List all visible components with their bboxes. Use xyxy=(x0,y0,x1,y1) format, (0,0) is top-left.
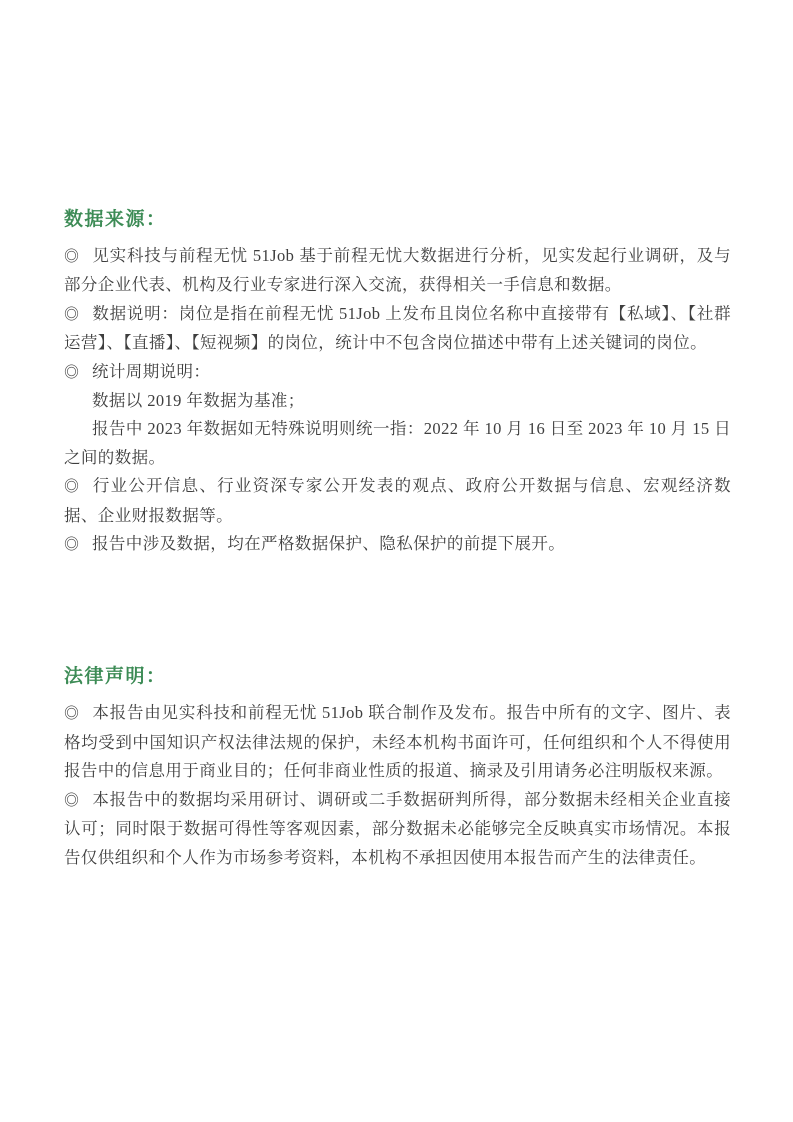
data-source-item: ◎行业公开信息、行业资深专家公开发表的观点、政府公开数据与信息、宏观经济数据、企… xyxy=(64,472,731,530)
data-source-subitem: 数据以 2019 年数据为基准； xyxy=(64,387,731,415)
data-source-item: ◎统计周期说明： xyxy=(64,358,731,387)
legal-section: 法律声明： ◎本报告由见实科技和前程无忧 51Job 联合制作及发布。报告中所有… xyxy=(64,663,731,871)
bullet-icon: ◎ xyxy=(64,243,92,271)
bullet-icon: ◎ xyxy=(64,531,92,559)
item-text: 报告中涉及数据，均在严格数据保护、隐私保护的前提下展开。 xyxy=(92,534,565,553)
item-text: 报告中 2023 年数据如无特殊说明则统一指：2022 年 10 月 16 日至… xyxy=(64,419,731,466)
data-source-item: ◎报告中涉及数据，均在严格数据保护、隐私保护的前提下展开。 xyxy=(64,530,731,559)
item-text: 见实科技与前程无忧 51Job 基于前程无忧大数据进行分析，见实发起行业调研，及… xyxy=(64,246,731,294)
legal-item: ◎本报告中的数据均采用研讨、调研或二手数据研判所得，部分数据未经相关企业直接认可… xyxy=(64,786,731,872)
item-text: 本报告由见实科技和前程无忧 51Job 联合制作及发布。报告中所有的文字、图片、… xyxy=(64,703,731,780)
item-text: 数据以 2019 年数据为基准； xyxy=(92,391,305,410)
bullet-icon: ◎ xyxy=(64,301,92,329)
bullet-icon: ◎ xyxy=(64,473,92,501)
bullet-icon: ◎ xyxy=(64,359,92,387)
legal-item: ◎本报告由见实科技和前程无忧 51Job 联合制作及发布。报告中所有的文字、图片… xyxy=(64,699,731,785)
bullet-icon: ◎ xyxy=(64,787,92,815)
data-sources-heading: 数据来源： xyxy=(64,206,731,234)
item-text: 行业公开信息、行业资深专家公开发表的观点、政府公开数据与信息、宏观经济数据、企业… xyxy=(64,476,731,524)
data-sources-section: 数据来源： ◎见实科技与前程无忧 51Job 基于前程无忧大数据进行分析，见实发… xyxy=(64,206,731,559)
page-content: 数据来源： ◎见实科技与前程无忧 51Job 基于前程无忧大数据进行分析，见实发… xyxy=(64,206,731,872)
report-page: 数据来源： ◎见实科技与前程无忧 51Job 基于前程无忧大数据进行分析，见实发… xyxy=(0,0,793,1122)
bullet-icon: ◎ xyxy=(64,700,92,728)
item-text: 数据说明：岗位是指在前程无忧 51Job 上发布且岗位名称中直接带有【私域】、【… xyxy=(64,304,731,352)
data-source-item: ◎数据说明：岗位是指在前程无忧 51Job 上发布且岗位名称中直接带有【私域】、… xyxy=(64,300,731,358)
item-text: 本报告中的数据均采用研讨、调研或二手数据研判所得，部分数据未经相关企业直接认可；… xyxy=(64,790,731,867)
item-text: 统计周期说明： xyxy=(92,362,210,381)
legal-heading: 法律声明： xyxy=(64,663,731,691)
data-source-subitem: 报告中 2023 年数据如无特殊说明则统一指：2022 年 10 月 16 日至… xyxy=(64,415,731,472)
data-source-item: ◎见实科技与前程无忧 51Job 基于前程无忧大数据进行分析，见实发起行业调研，… xyxy=(64,242,731,300)
